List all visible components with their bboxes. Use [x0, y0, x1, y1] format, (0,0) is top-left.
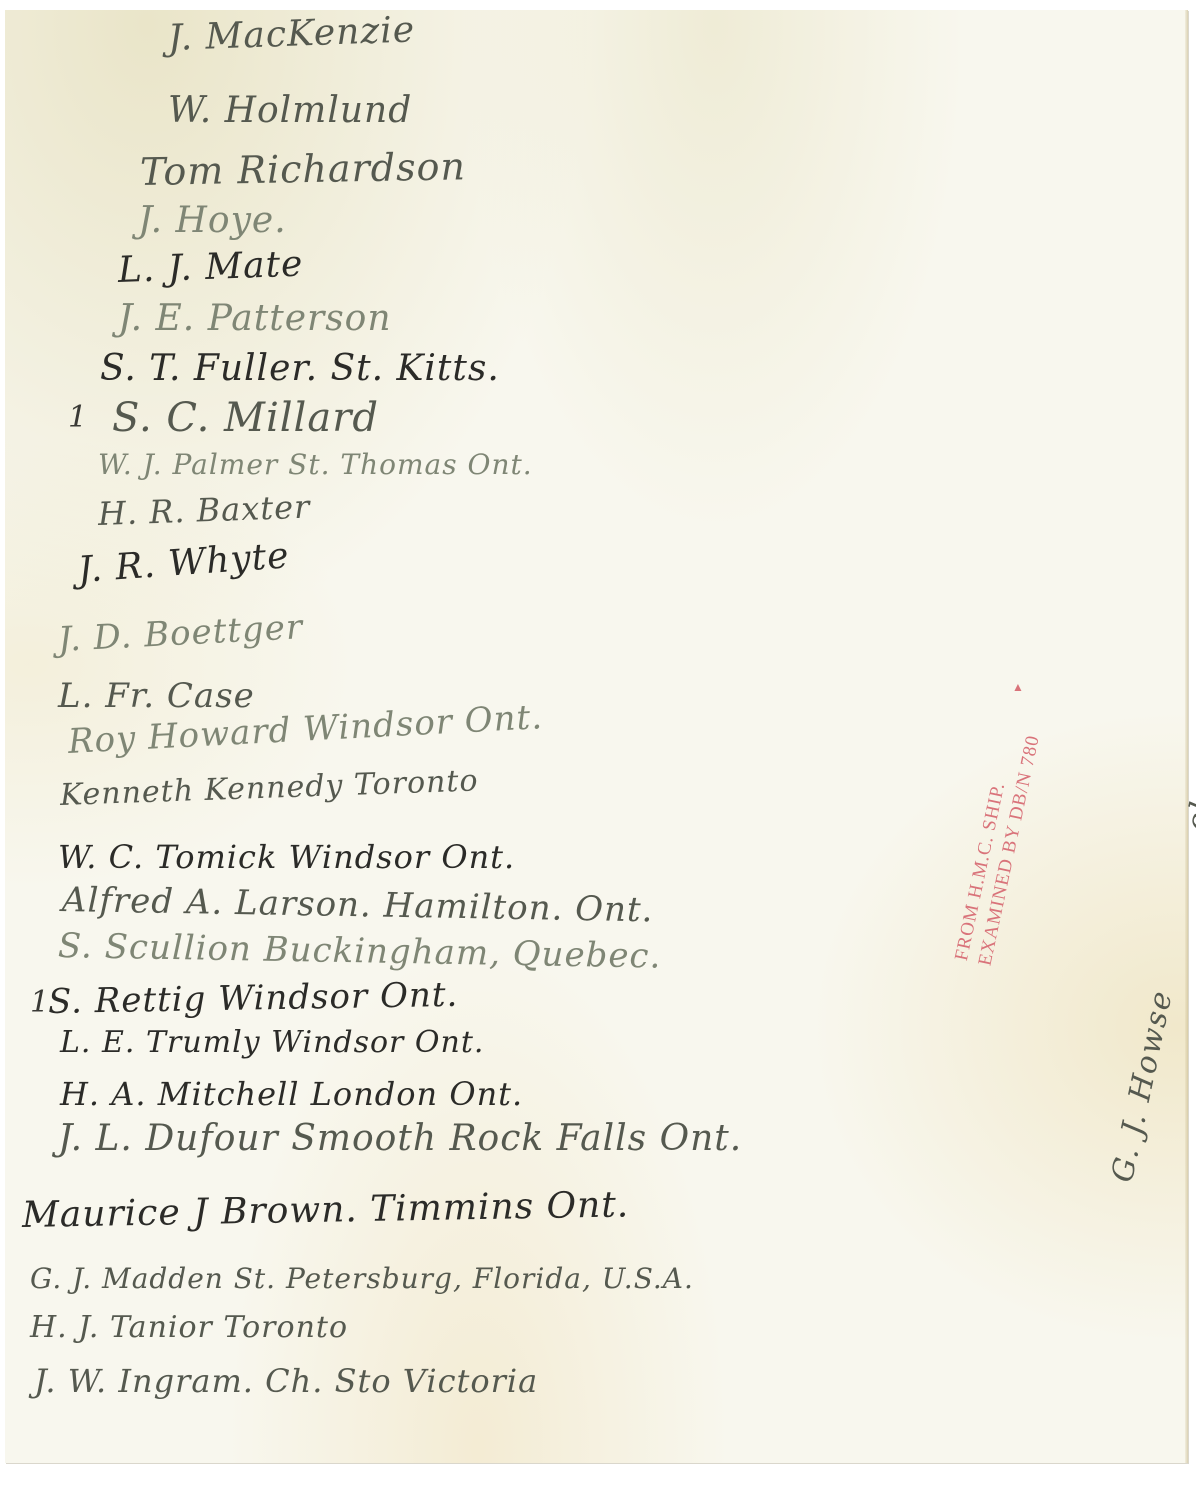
tick-mark: 1 — [30, 985, 49, 1020]
signature-line: J. Hoye. — [138, 200, 287, 241]
paper-edge — [1185, 10, 1188, 1463]
signature-line: L. Fr. Case — [58, 676, 255, 716]
signature-line: W. Holmlund — [168, 90, 412, 131]
signature-line: J. E. Patterson — [118, 298, 392, 339]
signature-line: J. MacKenzie — [167, 9, 415, 59]
stamp-arrow-icon: ▲ — [1012, 680, 1024, 695]
signature-line: L. E. Trumly Windsor Ont. — [60, 1025, 484, 1060]
signature-line: H. A. Mitchell London Ont. — [60, 1075, 523, 1113]
signature-line: L. J. Mate — [117, 244, 304, 291]
signature-line: S. C. Millard — [112, 395, 379, 441]
signature-line: H. R. Baxter — [97, 488, 311, 533]
signature-line: S. T. Fuller. St. Kitts. — [100, 348, 500, 389]
signature-line: G. J. Madden St. Petersburg, Florida, U.… — [30, 1262, 694, 1295]
signature-line: S. Rettig Windsor Ont. — [48, 975, 459, 1022]
signature-line: Tom Richardson — [140, 144, 467, 194]
signature-line: W. C. Tomick Windsor Ont. — [58, 838, 515, 876]
signature-line: J. W. Ingram. Ch. Sto Victoria — [34, 1362, 538, 1400]
signature-line: H. J. Tanior Toronto — [30, 1310, 348, 1345]
tick-mark: 1 — [68, 400, 87, 435]
signature-line: J. L. Dufour Smooth Rock Falls Ont. — [58, 1118, 742, 1159]
signature-line: W. J. Palmer St. Thomas Ont. — [98, 448, 533, 481]
